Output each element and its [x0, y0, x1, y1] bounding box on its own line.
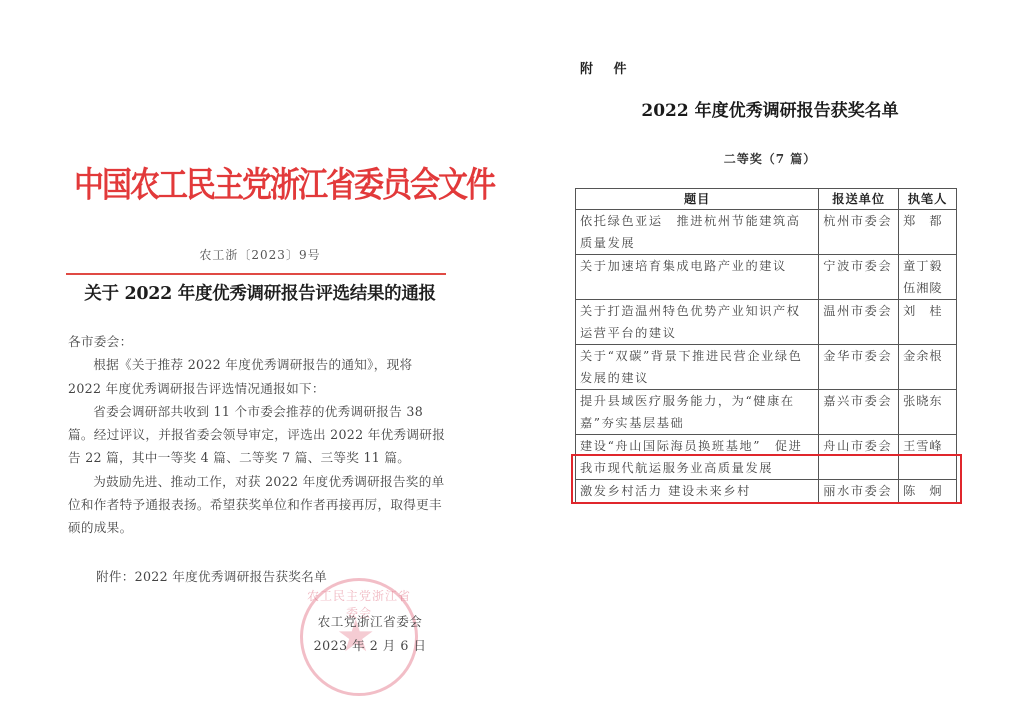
submitting-unit: 金华市委会: [819, 345, 899, 390]
submitting-unit: 丽水市委会: [819, 480, 899, 503]
award-list-title: 2022 年度优秀调研报告获奖名单: [570, 96, 970, 121]
report-title: 依托绿色亚运 推进杭州节能建筑高质量发展: [576, 210, 819, 255]
column-header-unit: 报送单位: [819, 189, 899, 210]
author: 童丁毅 伍湘陵: [899, 255, 957, 300]
submitting-unit: 舟山市委会: [819, 435, 899, 480]
table-header-row: 题目 报送单位 执笔人: [576, 189, 957, 210]
table-row: 关于加速培育集成电路产业的建议 宁波市委会 童丁毅 伍湘陵: [576, 255, 957, 300]
author: 刘 桂: [899, 300, 957, 345]
salutation: 各市委会：: [68, 330, 448, 353]
table-row: 激发乡村活力 建设未来乡村 丽水市委会 陈 炯: [576, 480, 957, 503]
table-row: 提升县域医疗服务能力，为“健康在嘉”夯实基层基础 嘉兴市委会 张晓东: [576, 390, 957, 435]
report-title: 激发乡村活力 建设未来乡村: [576, 480, 819, 503]
prize-category-heading: 二等奖（7 篇）: [570, 150, 970, 167]
attachment-label: 附 件: [580, 58, 635, 77]
author: 金余根: [899, 345, 957, 390]
body-paragraph: 根据《关于推荐 2022 年度优秀调研报告的通知》，现将 2022 年度优秀调研…: [68, 353, 448, 400]
column-header-author: 执笔人: [899, 189, 957, 210]
notice-page: 中国农工民主党浙江省委员会文件 农工浙〔2023〕9号 关于 2022 年度优秀…: [0, 0, 512, 724]
notice-title: 关于 2022 年度优秀调研报告评选结果的通报: [60, 280, 460, 305]
table-row: 依托绿色亚运 推进杭州节能建筑高质量发展 杭州市委会 郑 都: [576, 210, 957, 255]
author: 张晓东: [899, 390, 957, 435]
author: 郑 都: [899, 210, 957, 255]
report-title: 关于“双碳”背景下推进民营企业绿色发展的建议: [576, 345, 819, 390]
report-title: 关于打造温州特色优势产业知识产权运营平台的建议: [576, 300, 819, 345]
award-table: 题目 报送单位 执笔人 依托绿色亚运 推进杭州节能建筑高质量发展 杭州市委会 郑…: [575, 188, 957, 503]
report-title: 关于加速培育集成电路产业的建议: [576, 255, 819, 300]
signature-date: 2023 年 2 月 6 日: [300, 634, 440, 658]
notice-body: 各市委会： 根据《关于推荐 2022 年度优秀调研报告的通知》，现将 2022 …: [68, 330, 448, 540]
body-paragraph: 为鼓励先进、推动工作，对获 2022 年度优秀调研报告奖的单位和作者特予通报表扬…: [68, 470, 448, 540]
document-masthead: 中国农工民主党浙江省委员会文件: [74, 156, 446, 207]
author: 陈 炯: [899, 480, 957, 503]
body-paragraph: 省委会调研部共收到 11 个市委会推荐的优秀调研报告 38 篇。经过评议，并报省…: [68, 400, 448, 470]
red-divider-line: [66, 273, 446, 275]
report-title: 建设“舟山国际海员换班基地” 促进我市现代航运服务业高质量发展: [576, 435, 819, 480]
submitting-unit: 温州市委会: [819, 300, 899, 345]
table-row-highlighted: 建设“舟山国际海员换班基地” 促进我市现代航运服务业高质量发展 舟山市委会 王雪…: [576, 435, 957, 480]
report-title: 提升县域医疗服务能力，为“健康在嘉”夯实基层基础: [576, 390, 819, 435]
column-header-title: 题目: [576, 189, 819, 210]
author: 王雪峰: [899, 435, 957, 480]
document-number: 农工浙〔2023〕9号: [60, 246, 460, 263]
signature-block: 农工党浙江省委会 2023 年 2 月 6 日: [300, 610, 440, 658]
submitting-unit: 嘉兴市委会: [819, 390, 899, 435]
signature-organization: 农工党浙江省委会: [300, 610, 440, 634]
submitting-unit: 宁波市委会: [819, 255, 899, 300]
table-row: 关于打造温州特色优势产业知识产权运营平台的建议 温州市委会 刘 桂: [576, 300, 957, 345]
submitting-unit: 杭州市委会: [819, 210, 899, 255]
table-row: 关于“双碳”背景下推进民营企业绿色发展的建议 金华市委会 金余根: [576, 345, 957, 390]
attachment-note: 附件：2022 年度优秀调研报告获奖名单: [96, 566, 327, 585]
